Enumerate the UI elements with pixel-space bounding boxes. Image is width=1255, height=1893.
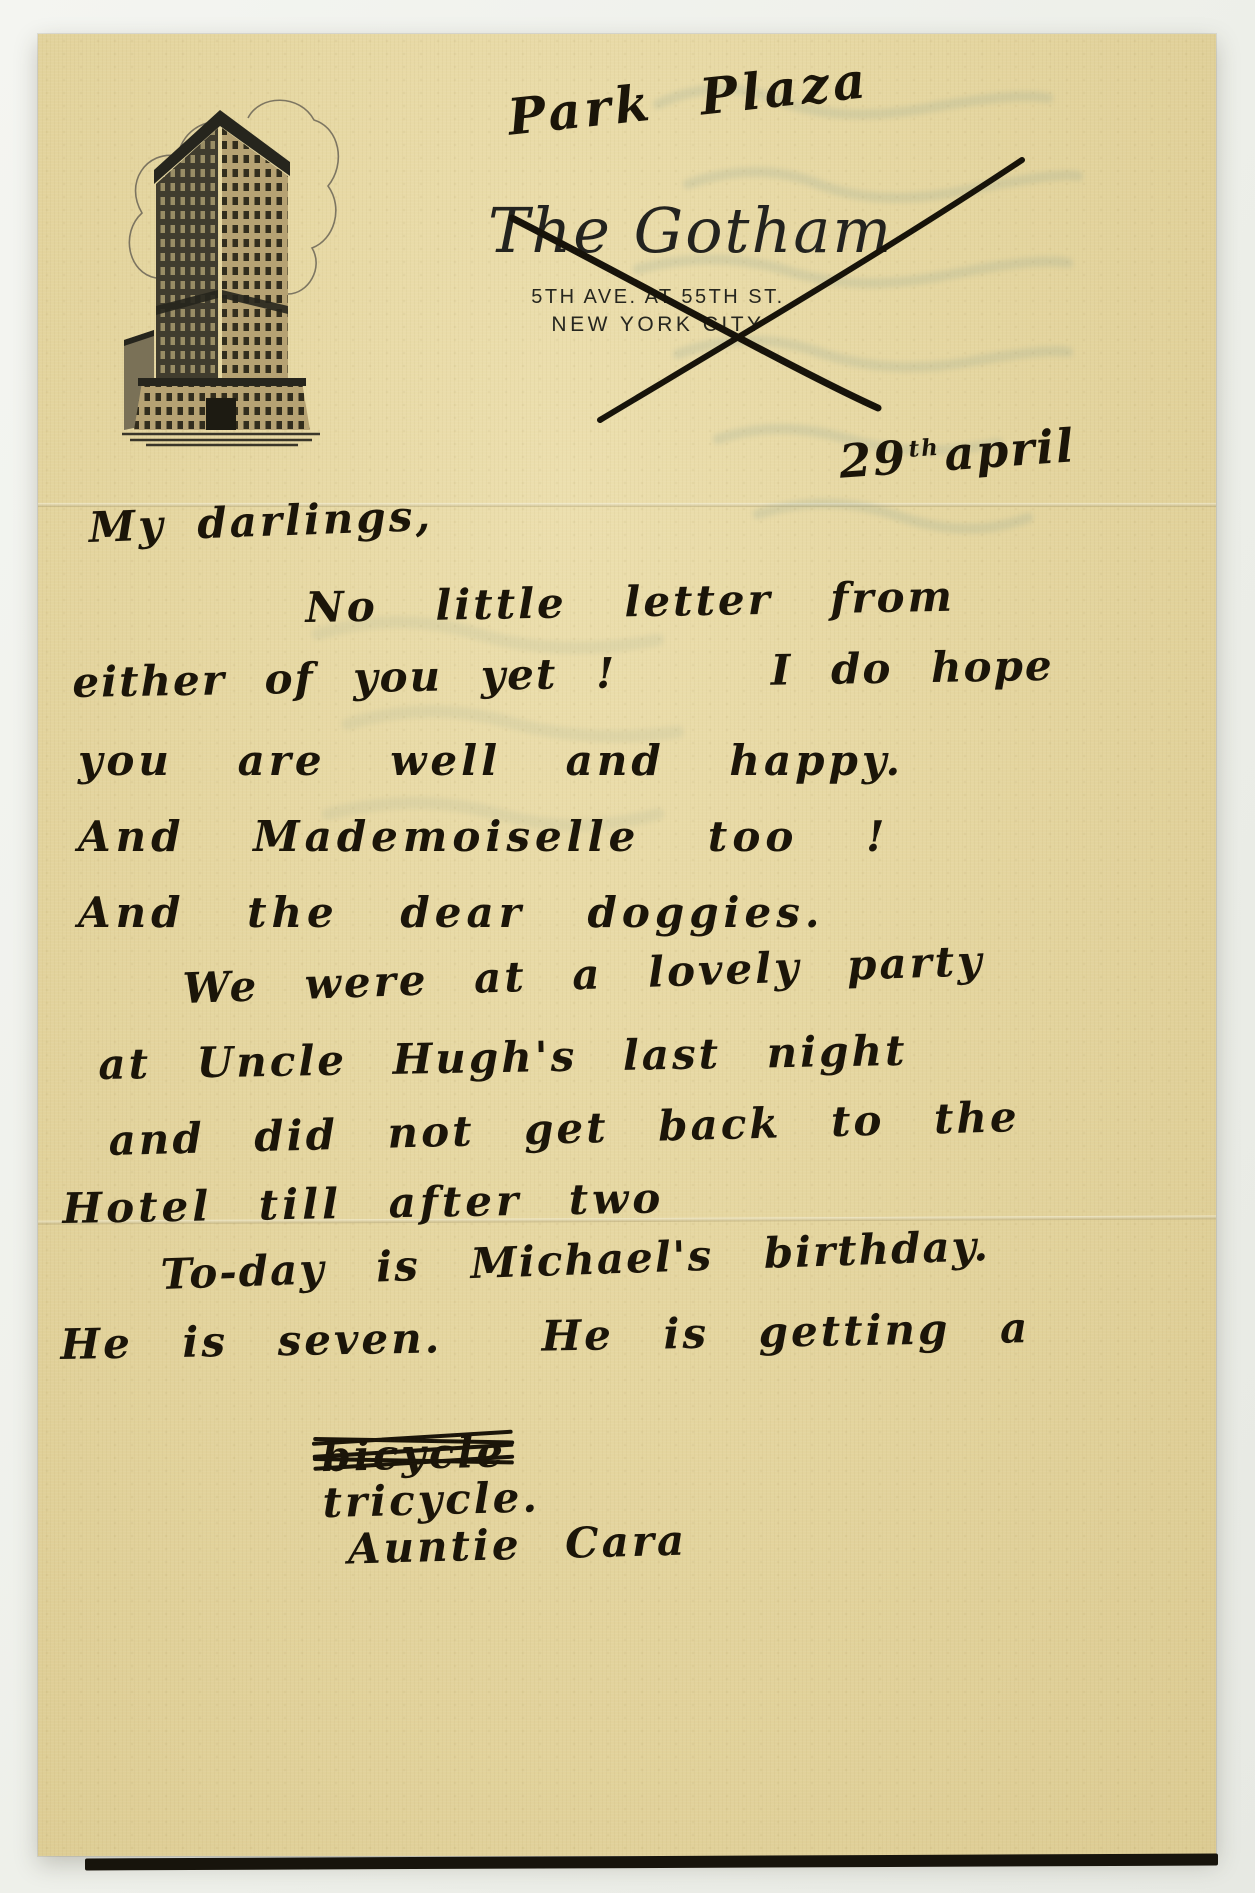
date-day: 29: [837, 430, 909, 489]
tower-right-facade: [222, 128, 288, 398]
hotel-address-street: 5TH AVE. AT 55TH ST.: [526, 286, 790, 309]
letter-line-4: you are well and happy.: [78, 738, 904, 784]
hotel-building-illustration: [98, 68, 343, 448]
letter-line-12: He is seven. He is getting a: [60, 1305, 1031, 1368]
hotel-address: 5TH AVE. AT 55TH ST. NEW YORK CITY: [526, 286, 790, 337]
letter-line-11: To-day is Michael's birthday.: [160, 1223, 991, 1298]
printed-hotel-name: The Gotham: [488, 194, 893, 267]
letter-line-2: No little letter from: [305, 574, 955, 632]
letter-line-9: and did not get back to the: [108, 1094, 1020, 1164]
handwritten-hotel-name: Park Plaza: [505, 50, 872, 147]
crossed-out-word: bicycle: [321, 1429, 507, 1480]
letter-line-6: And the dear doggies.: [78, 890, 825, 936]
letter-sheet: Park Plaza The Gotham 5TH AVE. AT 55TH S…: [38, 34, 1216, 1856]
street-strokes: [122, 434, 320, 445]
letter-line-7: We were at a lovely party: [182, 938, 985, 1012]
letter-line-1 salutation: My darlings,: [88, 493, 434, 551]
entrance: [206, 398, 236, 430]
letter-line-10: Hotel till after two: [62, 1175, 665, 1232]
letter-line-8: at Uncle Hugh's last night: [98, 1028, 908, 1088]
signature: Auntie Cara: [347, 1515, 688, 1573]
letter-line-13: bicycle tricycle. Auntie Cara: [58, 1379, 689, 1626]
date-month: april: [942, 418, 1077, 481]
letter-line-3: either of you yet ! I do hope: [72, 643, 1054, 706]
letter-line-5: And Mademoiselle too !: [78, 814, 889, 860]
date-ordinal: th: [908, 433, 941, 462]
scanned-letter-page: Park Plaza The Gotham 5TH AVE. AT 55TH S…: [0, 0, 1255, 1893]
hotel-address-city: NEW YORK CITY: [526, 313, 790, 337]
letter-date: 29thapril: [618, 364, 1081, 557]
